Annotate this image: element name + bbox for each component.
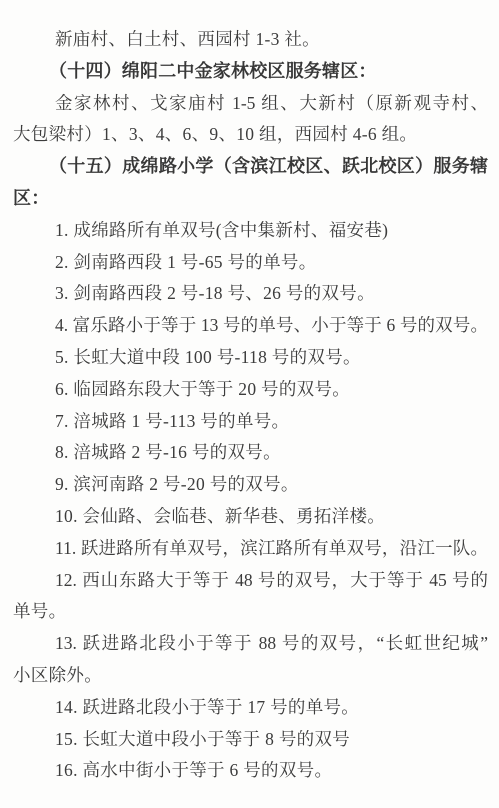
list-item-line: 8. 涪城路 2 号-16 号的双号。 [13, 437, 488, 469]
paragraph-line: 新庙村、白土村、西园村 1-3 社。 [13, 24, 488, 56]
list-item-line: 9. 滨河南路 2 号-20 号的双号。 [13, 469, 488, 501]
document-page: 新庙村、白土村、西园村 1-3 社。 （十四）绵阳二中金家林校区服务辖区： 金家… [0, 0, 499, 808]
list-item-line: 10. 会仙路、会临巷、新华巷、勇拓洋楼。 [13, 501, 488, 533]
section-heading-line: （十四）绵阳二中金家林校区服务辖区： [13, 56, 488, 88]
list-item-line: 5. 长虹大道中段 100 号-118 号的双号。 [13, 342, 488, 374]
list-item-line: 2. 剑南路西段 1 号-65 号的单号。 [13, 247, 488, 279]
list-item-line: 15. 长虹大道中段小于等于 8 号的双号 [13, 724, 488, 756]
section-heading-line: （十五）成绵路小学（含滨江校区、跃北校区）服务辖 [13, 151, 488, 183]
list-item-line: 6. 临园路东段大于等于 20 号的双号。 [13, 374, 488, 406]
list-item-line: 单号。 [13, 596, 488, 628]
list-item-line: 14. 跃进路北段小于等于 17 号的单号。 [13, 692, 488, 724]
list-item-line: 13. 跃进路北段小于等于 88 号的双号，“长虹世纪城” [13, 628, 488, 660]
list-item-line: 16. 高水中街小于等于 6 号的双号。 [13, 755, 488, 787]
list-item-line: 4. 富乐路小于等于 13 号的单号、小于等于 6 号的双号。 [13, 310, 488, 342]
list-item-line: 12. 西山东路大于等于 48 号的双号，大于等于 45 号的 [13, 565, 488, 597]
section-heading-line: 区： [13, 183, 488, 215]
list-item-line: 7. 涪城路 1 号-113 号的单号。 [13, 406, 488, 438]
list-item-line: 小区除外。 [13, 660, 488, 692]
paragraph-line: 大包梁村）1、3、4、6、9、10 组，西园村 4-6 组。 [13, 119, 488, 151]
list-item-line: 1. 成绵路所有单双号(含中集新村、福安巷) [13, 215, 488, 247]
paragraph-line: 金家林村、戈家庙村 1-5 组、大新村（原新观寺村、 [13, 88, 488, 120]
list-item-line: 3. 剑南路西段 2 号-18 号、26 号的双号。 [13, 278, 488, 310]
list-item-line: 11. 跃进路所有单双号，滨江路所有单双号，沿江一队。 [13, 533, 488, 565]
